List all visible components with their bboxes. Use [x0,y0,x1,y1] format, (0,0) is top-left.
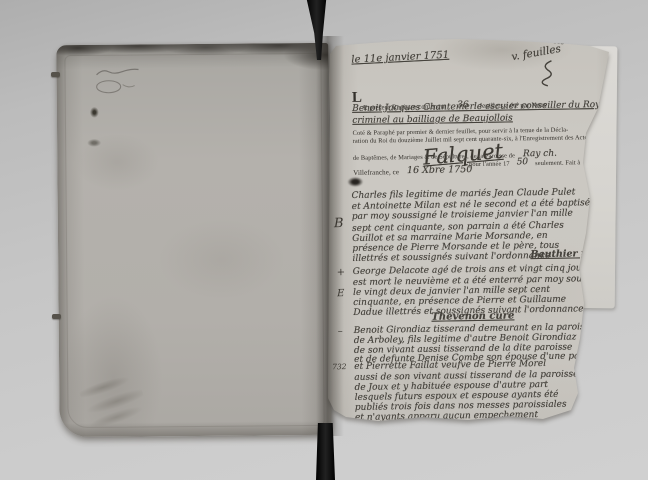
cover-tie [51,72,60,77]
binding-ribbon-bottom [316,423,335,480]
manuscript-line: illettrés et soussignés suivant l'ordonn… [352,252,550,264]
cure-signature: Thevenon curé [431,311,514,322]
manuscript-line: et n'ayants apparu aucun empechement [355,411,538,423]
cover-stain [90,107,99,118]
register-scan-photo: le 11e janvier 1751 v. feuilles 113 L E … [0,0,648,480]
cover-tooled-frame [64,53,324,428]
priest-signature: Bauthier ptre [530,249,603,260]
printed-year-suffix: seulement. Fait à [535,159,580,167]
paraph-flourish [531,59,561,87]
received-date-note: le 11e janvier 1751 [351,51,449,66]
ink-blot [347,177,363,187]
year-fill: 50 [517,157,529,167]
cover-scribble [92,64,146,96]
officer-title-line: criminel au bailliage de Beaujollois [352,114,513,126]
printed-place-label: Villefranche, ce [353,168,399,177]
cover-tie [52,314,61,319]
manuscript-content: le 11e janvier 1751 v. feuilles 113 L E … [327,34,623,431]
left-cover-page [56,43,331,437]
gutter-shadow [316,36,344,436]
right-manuscript-page: le 11e janvier 1751 v. feuilles 113 L E … [328,38,618,430]
folio-number: 113 [553,39,565,46]
right-page-wrap: le 11e janvier 1751 v. feuilles 113 L E … [328,38,618,430]
